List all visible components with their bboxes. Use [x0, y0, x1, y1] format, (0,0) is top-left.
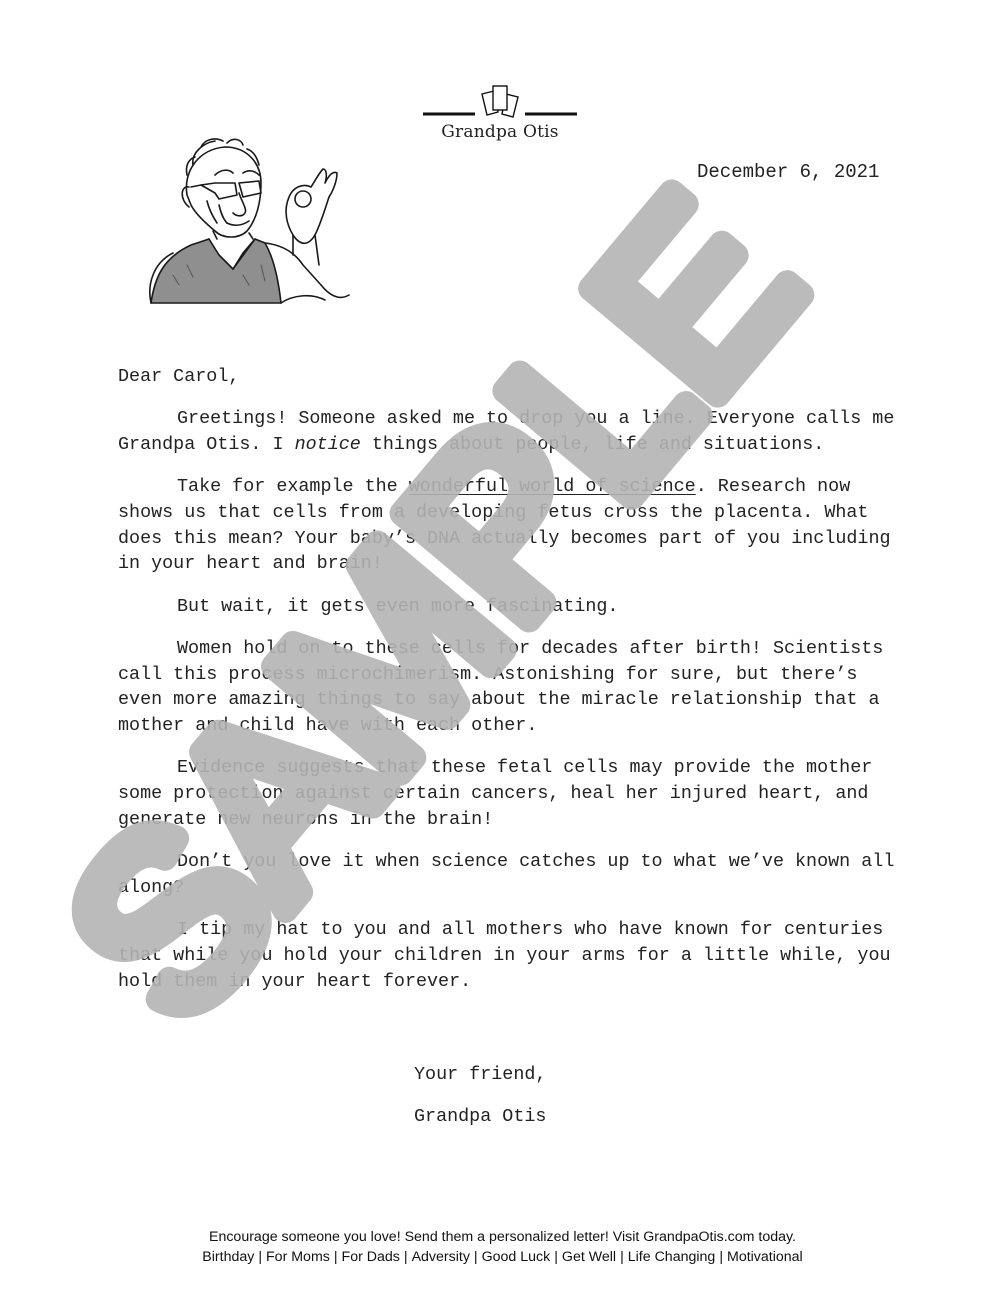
separator: | — [330, 1249, 342, 1265]
grandpa-illustration — [143, 135, 358, 307]
letter-paragraphs: Greetings! Someone asked me to drop you … — [118, 406, 898, 994]
footer-category-get-well: Get Well — [562, 1249, 616, 1265]
letter-date: December 6, 2021 — [697, 161, 879, 183]
footer-category-motivational: Motivational — [727, 1249, 803, 1265]
text-run: Women hold on to these cells for decades… — [118, 638, 883, 736]
separator: | — [616, 1249, 628, 1265]
footer-category-birthday: Birthday — [202, 1249, 254, 1265]
footer-category-good-luck: Good Luck — [482, 1249, 551, 1265]
text-run: Evidence suggests that these fetal cells… — [118, 757, 872, 829]
footer-categories: Birthday|For Moms|For Dads|Adversity|Goo… — [0, 1247, 1005, 1267]
cards-icon — [420, 82, 580, 120]
separator: | — [470, 1249, 482, 1265]
footer: Encourage someone you love! Send them a … — [0, 1227, 1005, 1267]
separator: | — [550, 1249, 562, 1265]
separator: | — [400, 1249, 412, 1265]
text-run: But wait, it gets even more fascinating. — [177, 596, 618, 617]
letter-paragraph: Evidence suggests that these fetal cells… — [118, 755, 898, 832]
emphasis-underline: wonderful world of science — [409, 476, 696, 497]
letter-page: Grandpa Otis December 6, 2021 — [0, 0, 1005, 1301]
letter-paragraph: I tip my hat to you and all mothers who … — [118, 917, 898, 994]
footer-category-for-moms: For Moms — [266, 1249, 330, 1265]
signature: Grandpa Otis — [414, 1104, 546, 1130]
emphasis-italic: notice — [295, 434, 361, 455]
closing-line: Your friend, — [414, 1062, 546, 1088]
separator: | — [715, 1249, 727, 1265]
text-run: Don’t you love it when science catches u… — [118, 851, 894, 898]
text-run: I tip my hat to you and all mothers who … — [118, 919, 891, 991]
letter-paragraph: Greetings! Someone asked me to drop you … — [118, 406, 898, 457]
letter-paragraph: Take for example the wonderful world of … — [118, 474, 898, 577]
salutation: Dear Carol, — [118, 364, 898, 390]
separator: | — [254, 1249, 266, 1265]
brand-name: Grandpa Otis — [420, 122, 580, 142]
letter-closing: Your friend, Grandpa Otis — [414, 1062, 546, 1147]
brand-logo: Grandpa Otis — [420, 82, 580, 152]
letter-paragraph: Don’t you love it when science catches u… — [118, 849, 898, 900]
footer-category-life-changing: Life Changing — [628, 1249, 716, 1265]
footer-category-for-dads: For Dads — [342, 1249, 400, 1265]
text-run: things about people, life and situations… — [361, 434, 825, 455]
footer-tagline: Encourage someone you love! Send them a … — [0, 1227, 1005, 1247]
letter-body: Dear Carol, Greetings! Someone asked me … — [118, 364, 898, 1011]
text-run: Take for example the — [177, 476, 409, 497]
grandpa-portrait-icon — [143, 135, 358, 307]
letter-paragraph: Women hold on to these cells for decades… — [118, 636, 898, 739]
footer-category-adversity: Adversity — [412, 1249, 470, 1265]
letter-paragraph: But wait, it gets even more fascinating. — [118, 594, 898, 620]
